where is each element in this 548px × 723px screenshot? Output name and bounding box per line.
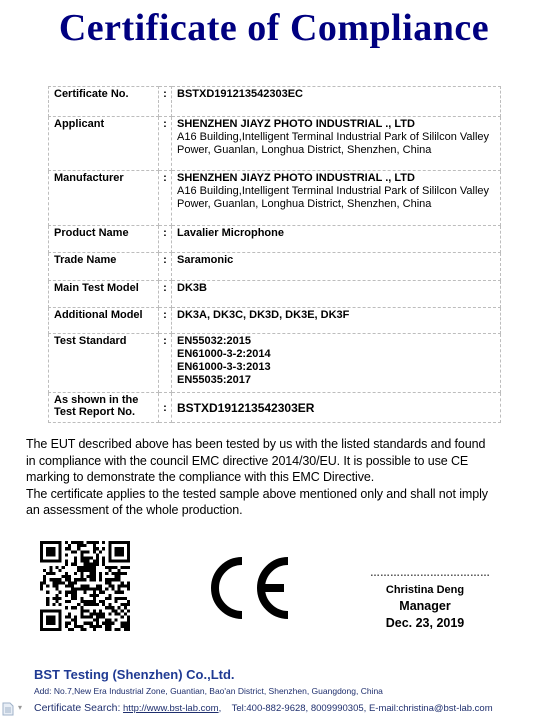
statement-line: The EUT described above has been tested …: [26, 436, 526, 453]
search-label: Certificate Search:: [34, 702, 120, 714]
test-standards: EN55032:2015 EN61000-3-2:2014 EN61000-3-…: [172, 334, 501, 393]
test-standard-item: EN61000-3-2:2014: [177, 348, 500, 361]
row-label-line: As shown in the: [54, 394, 158, 406]
row-label: Product Name: [49, 226, 159, 253]
qr-code-icon: [40, 541, 130, 631]
table-row: Certificate No. : BSTXD191213542303EC: [49, 87, 501, 117]
row-label: Trade Name: [49, 253, 159, 281]
ce-mark-icon: [204, 555, 294, 621]
compliance-statement: The EUT described above has been tested …: [26, 436, 526, 519]
table-row: Applicant : SHENZHEN JIAYZ PHOTO INDUSTR…: [49, 117, 501, 171]
certificate-number: BSTXD191213542303EC: [172, 87, 501, 117]
signatory-role: Manager: [370, 598, 480, 615]
statement-line: an assessment of the whole production.: [26, 502, 526, 519]
company-address: Add: No.7,New Era Industrial Zone, Guant…: [34, 686, 383, 696]
table-row: Test Standard : EN55032:2015 EN61000-3-2…: [49, 334, 501, 393]
test-standard-item: EN55035:2017: [177, 374, 500, 387]
row-label: Manufacturer: [49, 171, 159, 226]
row-label: Test Standard: [49, 334, 159, 393]
table-row: Additional Model : DK3A, DK3C, DK3D, DK3…: [49, 308, 501, 334]
applicant-address-line: A16 Building,Intelligent Terminal Indust…: [177, 131, 500, 144]
row-separator: :: [159, 281, 172, 308]
statement-line: The certificate applies to the tested sa…: [26, 486, 526, 503]
test-standard-item: EN55032:2015: [177, 335, 500, 348]
dropdown-caret-icon[interactable]: ▾: [18, 703, 22, 712]
signature-block: ……………………………… Christina Deng Manager Dec.…: [370, 570, 480, 632]
table-row: As shown in the Test Report No. : BSTXD1…: [49, 393, 501, 423]
contact-info: , Tel:400-882-9628, 8009990305, E-mail:c…: [219, 703, 493, 714]
row-label: Applicant: [49, 117, 159, 171]
row-separator: :: [159, 87, 172, 117]
applicant-value: SHENZHEN JIAYZ PHOTO INDUSTRIAL ., LTD A…: [172, 117, 501, 171]
applicant-address-line: Power, Guanlan, Longhua District, Shenzh…: [177, 144, 500, 157]
statement-line: in compliance with the council EMC direc…: [26, 453, 526, 470]
row-separator: :: [159, 171, 172, 226]
row-separator: :: [159, 393, 172, 423]
manufacturer-value: SHENZHEN JIAYZ PHOTO INDUSTRIAL ., LTD A…: [172, 171, 501, 226]
row-label: Main Test Model: [49, 281, 159, 308]
website-link[interactable]: http://www.bst-lab.com: [123, 703, 219, 714]
certificate-info-table: Certificate No. : BSTXD191213542303EC Ap…: [48, 86, 501, 423]
table-row: Product Name : Lavalier Microphone: [49, 226, 501, 253]
row-separator: :: [159, 308, 172, 334]
row-label: Certificate No.: [49, 87, 159, 117]
company-name: BST Testing (Shenzhen) Co.,Ltd.: [34, 667, 235, 682]
trade-name: Saramonic: [172, 253, 501, 281]
row-separator: :: [159, 334, 172, 393]
row-label: Additional Model: [49, 308, 159, 334]
row-separator: :: [159, 226, 172, 253]
document-icon[interactable]: [2, 702, 14, 716]
product-name: Lavalier Microphone: [172, 226, 501, 253]
manufacturer-name: SHENZHEN JIAYZ PHOTO INDUSTRIAL ., LTD: [177, 172, 500, 185]
main-test-model: DK3B: [172, 281, 501, 308]
row-separator: :: [159, 253, 172, 281]
certificate-search: Certificate Search: http://www.bst-lab.c…: [34, 702, 493, 714]
test-standard-item: EN61000-3-3:2013: [177, 361, 500, 374]
page-title: Certificate of Compliance: [0, 6, 548, 50]
row-label: As shown in the Test Report No.: [49, 393, 159, 423]
statement-line: marking to demonstrate the compliance wi…: [26, 469, 526, 486]
table-row: Trade Name : Saramonic: [49, 253, 501, 281]
test-report-number: BSTXD191213542303ER: [172, 393, 501, 423]
additional-model: DK3A, DK3C, DK3D, DK3E, DK3F: [172, 308, 501, 334]
applicant-name: SHENZHEN JIAYZ PHOTO INDUSTRIAL ., LTD: [177, 118, 500, 131]
table-row: Manufacturer : SHENZHEN JIAYZ PHOTO INDU…: [49, 171, 501, 226]
table-row: Main Test Model : DK3B: [49, 281, 501, 308]
row-label-line: Test Report No.: [54, 406, 158, 418]
signature-line: ………………………………: [370, 570, 480, 578]
signatory-name: Christina Deng: [370, 582, 480, 598]
signature-date: Dec. 23, 2019: [370, 615, 480, 632]
manufacturer-address-line: A16 Building,Intelligent Terminal Indust…: [177, 185, 500, 198]
row-separator: :: [159, 117, 172, 171]
manufacturer-address-line: Power, Guanlan, Longhua District, Shenzh…: [177, 198, 500, 211]
